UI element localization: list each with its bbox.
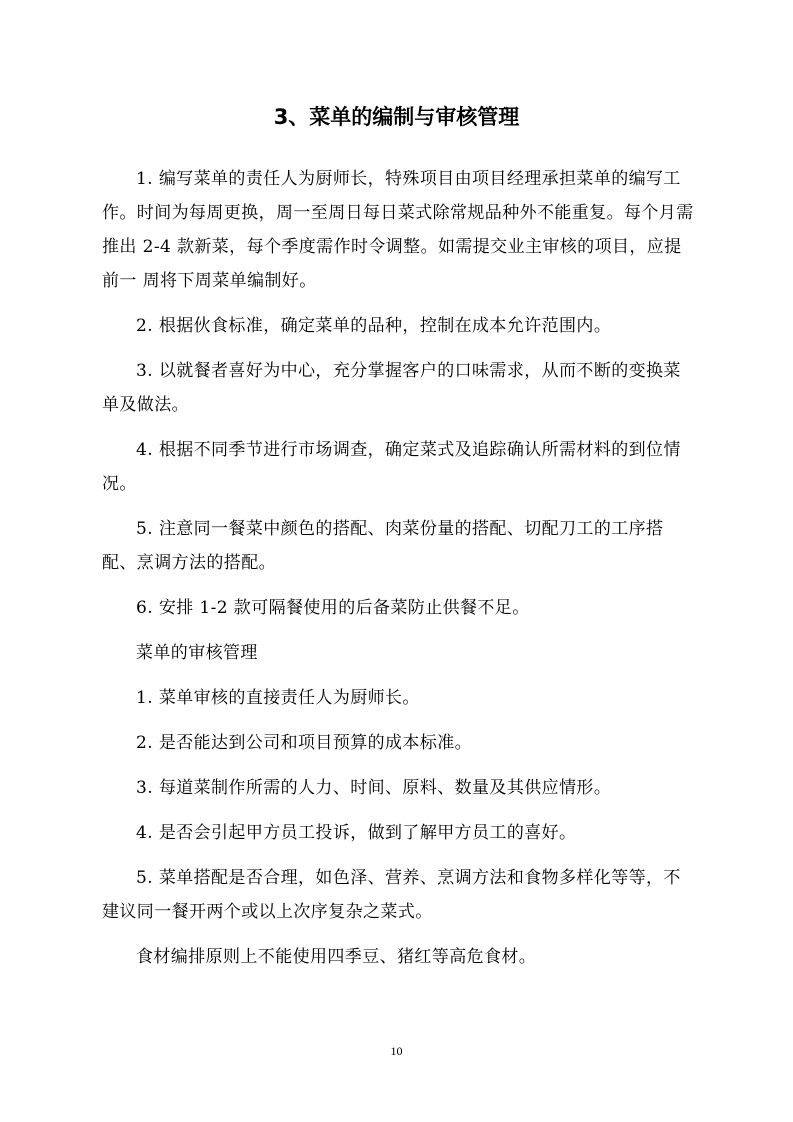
review-item-1: 1. 菜单审核的直接责任人为厨师长。 — [102, 681, 698, 715]
paragraph-1: 1. 编写菜单的责任人为厨师长，特殊项目由项目经理承担菜单的编写工作。时间为每周… — [102, 162, 698, 298]
review-item-3: 3. 每道菜制作所需的人力、时间、原料、数量及其供应情形。 — [102, 771, 698, 805]
paragraph-6: 6. 安排 1-2 款可隔餐使用的后备菜防止供餐不足。 — [102, 591, 698, 625]
section-title: 3、菜单的编制与审核管理 — [0, 103, 793, 131]
paragraph-2: 2. 根据伙食标准，确定菜单的品种，控制在成本允许范围内。 — [102, 309, 698, 343]
page-number: 10 — [0, 1044, 793, 1059]
review-item-2: 2. 是否能达到公司和项目预算的成本标准。 — [102, 726, 698, 760]
closing-note: 食材编排原则上不能使用四季豆、猪红等高危食材。 — [102, 940, 698, 974]
review-item-5: 5. 菜单搭配是否合理，如色泽、营养、烹调方法和食物多样化等等，不建议同一餐开两… — [102, 861, 698, 929]
paragraph-3: 3. 以就餐者喜好为中心，充分掌握客户的口味需求，从而不断的变换菜单及做法。 — [102, 354, 698, 422]
paragraph-5: 5. 注意同一餐菜中颜色的搭配、肉菜份量的搭配、切配刀工的工序搭配、烹调方法的搭… — [102, 512, 698, 580]
paragraph-4: 4. 根据不同季节进行市场调查，确定菜式及追踪确认所需材料的到位情况。 — [102, 433, 698, 501]
review-item-4: 4. 是否会引起甲方员工投诉，做到了解甲方员工的喜好。 — [102, 816, 698, 850]
subheading-review: 菜单的审核管理 — [102, 636, 698, 670]
body-text: 1. 编写菜单的责任人为厨师长，特殊项目由项目经理承担菜单的编写工作。时间为每周… — [102, 162, 698, 974]
document-page: 3、菜单的编制与审核管理 1. 编写菜单的责任人为厨师长，特殊项目由项目经理承担… — [0, 0, 793, 1122]
